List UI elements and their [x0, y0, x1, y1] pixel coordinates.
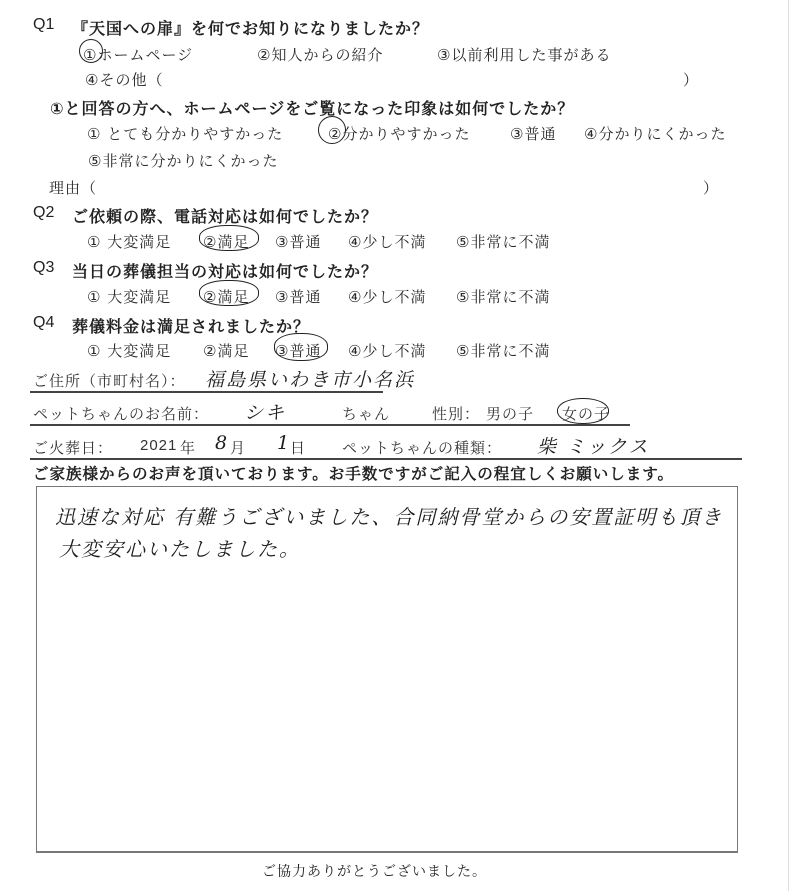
q1-sub-option-very-hard[interactable]: ⑤非常に分かりにくかった: [88, 150, 278, 171]
cremation-month-unit: 月: [230, 437, 246, 458]
q2-option-normal[interactable]: ③普通: [275, 231, 321, 252]
q1-sub-option-very-easy[interactable]: ① とても分かりやすかった: [87, 123, 283, 144]
q1-sub-question: ①と回答の方へ、ホームページをご覧になった印象は如何でしたか？: [50, 96, 574, 119]
gender-option-male[interactable]: 男の子: [486, 403, 534, 424]
q4-label: Q4: [33, 314, 54, 332]
q1-other-close-paren: ）: [683, 69, 699, 90]
q4-option-very-dissatisfied[interactable]: ⑤非常に不満: [456, 340, 550, 361]
selection-circle: [199, 225, 259, 251]
selection-circle: [318, 116, 346, 144]
page-edge: [788, 0, 789, 891]
breed-value[interactable]: 柴 ミックス: [537, 432, 649, 459]
selection-circle: [199, 280, 259, 306]
q1-question: 『天国への扉』を何でお知りになりましたか？: [72, 16, 429, 39]
q1-sub-option-hard[interactable]: ④分かりにくかった: [584, 123, 726, 144]
q1-option-previous-use[interactable]: ③以前利用した事がある: [437, 44, 611, 65]
cremation-year-unit: 年: [180, 437, 196, 458]
selection-circle: [274, 333, 328, 361]
gender-label: 性別：: [432, 403, 480, 424]
q2-option-very-dissatisfied[interactable]: ⑤非常に不満: [456, 231, 550, 252]
q2-option-slightly-dissatisfied[interactable]: ④少し不満: [348, 231, 426, 252]
q2-question: ご依頼の際、電話対応は如何でしたか？: [72, 204, 378, 227]
q4-option-slightly-dissatisfied[interactable]: ④少し不満: [348, 340, 426, 361]
q1-sub-option-normal[interactable]: ③普通: [510, 123, 556, 144]
footer-thanks: ご協力ありがとうございました。: [262, 861, 487, 881]
pet-name-suffix: ちゃん: [342, 403, 390, 424]
q2-option-very-satisfied[interactable]: ① 大変満足: [87, 231, 171, 252]
pet-name-label: ペットちゃんのお名前：: [33, 403, 209, 424]
selection-circle: [79, 39, 103, 63]
cremation-month[interactable]: 8: [215, 432, 229, 454]
breed-label: ペットちゃんの種類：: [342, 437, 502, 458]
q1-option-other[interactable]: ④その他（: [85, 69, 163, 90]
cremation-year[interactable]: 2021: [140, 437, 177, 454]
q1-option-referral[interactable]: ②知人からの紹介: [257, 44, 383, 65]
comment-line-2: 大変安心いたしました。: [59, 533, 301, 562]
q1-label: Q1: [33, 16, 54, 34]
address-label: ご住所（市町村名）：: [33, 370, 186, 391]
comments-textarea[interactable]: 迅速な対応 有難うございました、合同納骨堂からの安置証明も頂き 大変安心いたしま…: [36, 486, 738, 853]
pet-name-value[interactable]: シキ: [244, 398, 286, 425]
q4-option-very-satisfied[interactable]: ① 大変満足: [87, 340, 171, 361]
address-value[interactable]: 福島県いわき市小名浜: [205, 365, 415, 392]
q3-option-slightly-dissatisfied[interactable]: ④少し不満: [348, 286, 426, 307]
q4-option-satisfied[interactable]: ②満足: [203, 340, 249, 361]
comments-prompt: ご家族様からのお声を頂いております。お手数ですがご記入の程宜しくお願いします。: [33, 462, 674, 484]
cremation-date-label: ご火葬日：: [33, 437, 113, 458]
q2-label: Q2: [33, 204, 54, 222]
comment-line-1: 迅速な対応 有難うございました、合同納骨堂からの安置証明も頂き: [55, 501, 723, 530]
q3-question: 当日の葬儀担当の対応は如何でしたか？: [72, 259, 378, 282]
q1-sub-option-easy[interactable]: ②分かりやすかった: [328, 123, 470, 144]
q4-question: 葬儀料金は満足されましたか？: [72, 314, 310, 337]
q3-option-very-satisfied[interactable]: ① 大変満足: [87, 286, 171, 307]
q3-label: Q3: [33, 259, 54, 277]
reason-label: 理由（: [49, 177, 97, 198]
q3-option-very-dissatisfied[interactable]: ⑤非常に不満: [456, 286, 550, 307]
cremation-day-unit: 日: [290, 437, 306, 458]
cremation-day[interactable]: 1: [277, 432, 291, 454]
q3-option-normal[interactable]: ③普通: [275, 286, 321, 307]
selection-circle: [557, 398, 609, 424]
reason-close-paren: ）: [703, 177, 719, 198]
